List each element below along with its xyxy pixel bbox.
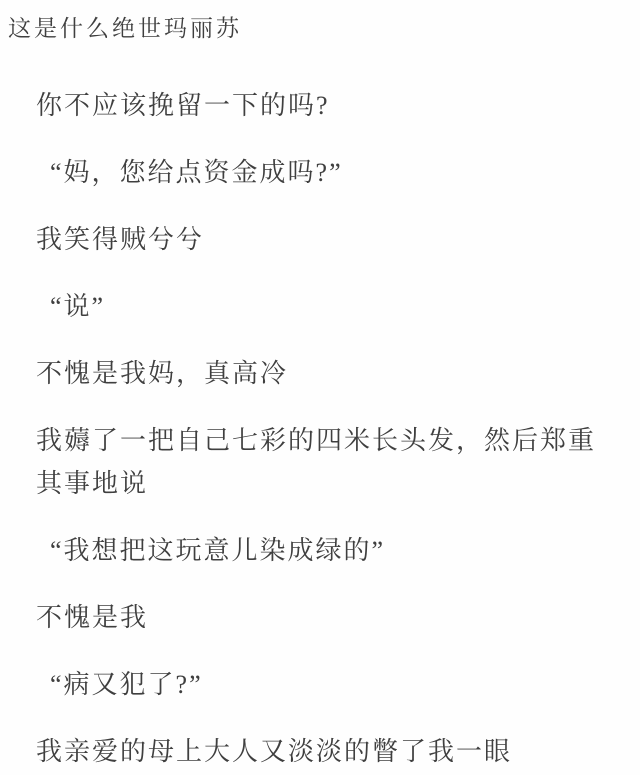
paragraph: “病又犯了?” [36, 663, 612, 706]
paragraph: 不愧是我 [36, 596, 612, 639]
paragraph: 我亲爱的母上大人又淡淡的瞥了我一眼 [36, 730, 612, 773]
page-title: 这是什么绝世玛丽苏 [8, 14, 612, 44]
paragraph: 我薅了一把自己七彩的四米长头发，然后郑重其事地说 [36, 419, 612, 505]
paragraph: 不愧是我妈，真高冷 [36, 352, 612, 395]
paragraph: “妈，您给点资金成吗?” [36, 151, 612, 194]
paragraph: “我想把这玩意儿染成绿的” [36, 529, 612, 572]
novel-page: 这是什么绝世玛丽苏 你不应该挽留一下的吗?“妈，您给点资金成吗?”我笑得贼兮兮“… [0, 0, 640, 775]
paragraph: 我笑得贼兮兮 [36, 218, 612, 261]
paragraph-list: 你不应该挽留一下的吗?“妈，您给点资金成吗?”我笑得贼兮兮“说”不愧是我妈，真高… [36, 84, 612, 773]
paragraph: 你不应该挽留一下的吗? [36, 84, 612, 127]
paragraph: “说” [36, 285, 612, 328]
